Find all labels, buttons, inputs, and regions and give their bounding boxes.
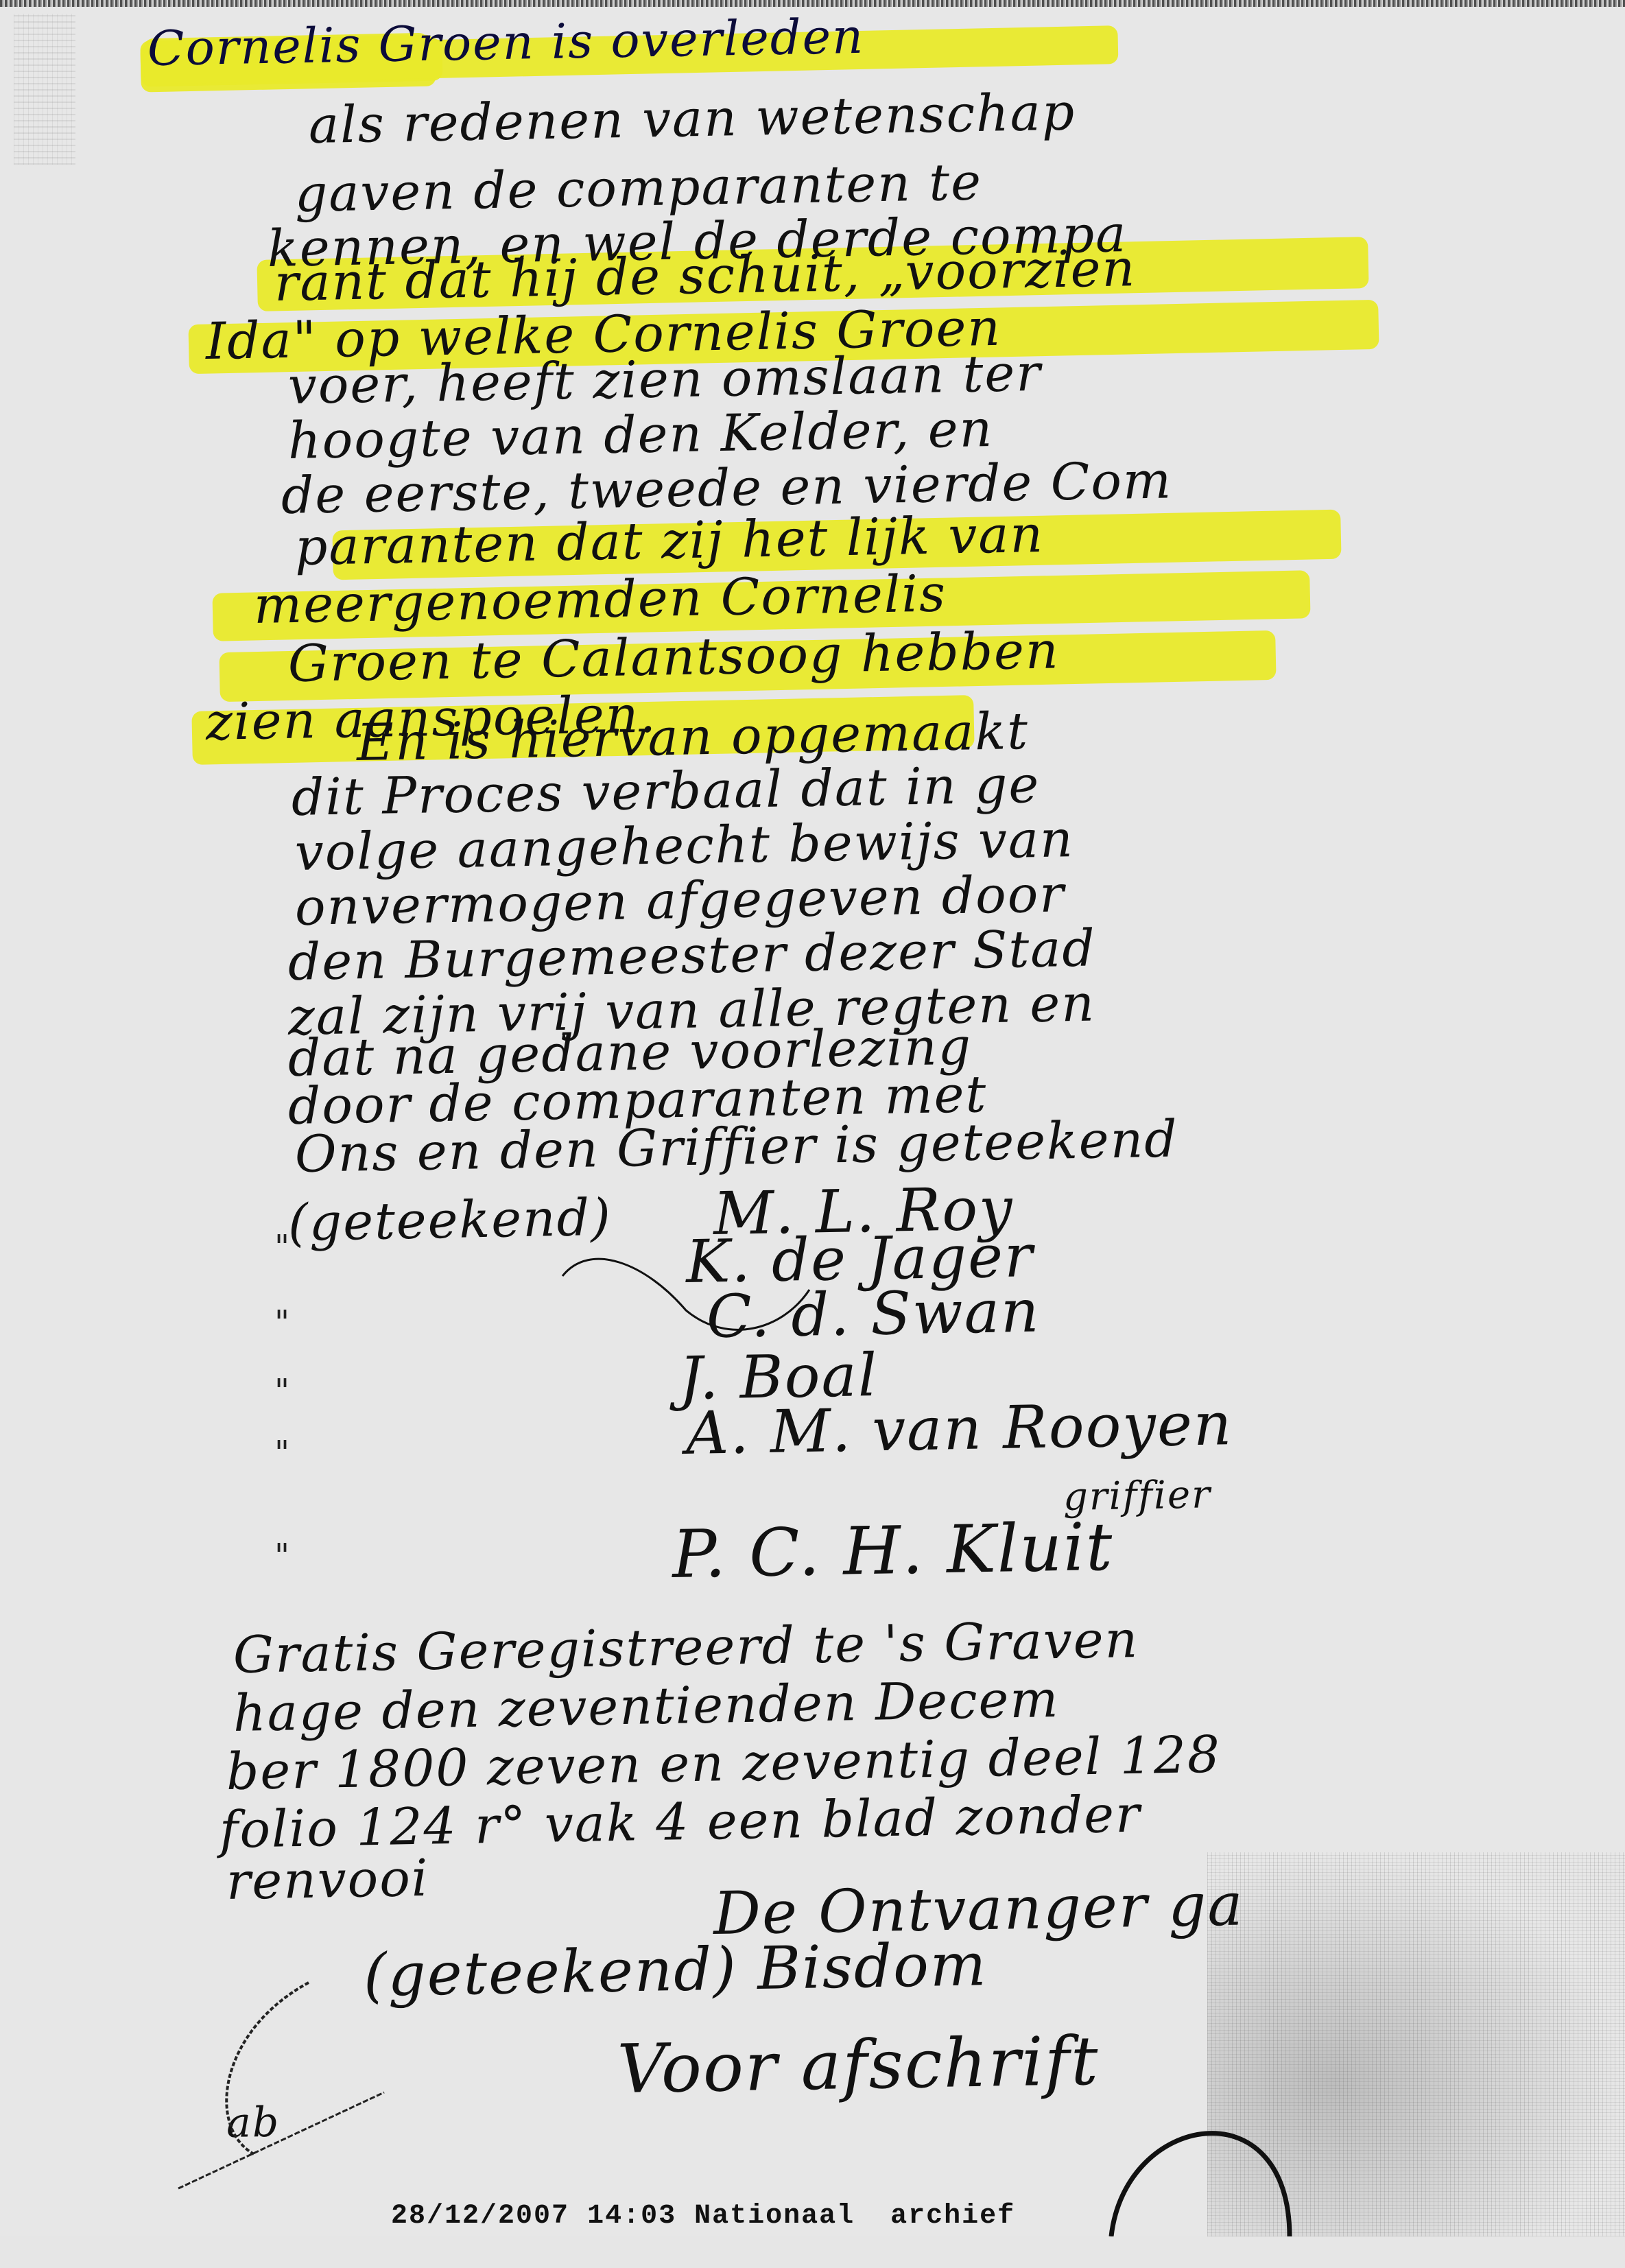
seal-arc-icon (1098, 2031, 1317, 2236)
signature-loop-icon (549, 1249, 823, 1345)
signature-5: A. M. van Rooyen (685, 1390, 1233, 1468)
ditto-mark: " (274, 1537, 289, 1575)
scan-top-border (0, 0, 1625, 7)
ditto-mark: " (274, 1228, 289, 1266)
footer-time: 14:03 (587, 2201, 676, 2232)
signature-6: P. C. H. Kluit (672, 1509, 1114, 1593)
ditto-mark: " (274, 1434, 289, 1472)
footer-date: 28/12/2007 (391, 2201, 569, 2232)
signed-prefix: (geteekend) (287, 1188, 612, 1253)
scan-noise-left (14, 14, 75, 165)
receiver-signature: (geteekend) Bisdom (363, 1930, 988, 2010)
fax-timestamp-footer: 28/12/2007 14:03 Nationaal archief (391, 2201, 1015, 2232)
registration-line: renvooi (226, 1849, 429, 1911)
document-page: Cornelis Groen is overleden als redenen … (0, 0, 1625, 2236)
body-line: als redenen van wetenschap (308, 82, 1076, 155)
ditto-mark: " (274, 1303, 289, 1342)
ditto-mark: " (274, 1372, 289, 1410)
margin-stroke-icon (171, 2086, 391, 2195)
footer-source: Nationaal archief (694, 2201, 1015, 2232)
closing-voor-afschrift: Voor afschrift (617, 2022, 1100, 2109)
